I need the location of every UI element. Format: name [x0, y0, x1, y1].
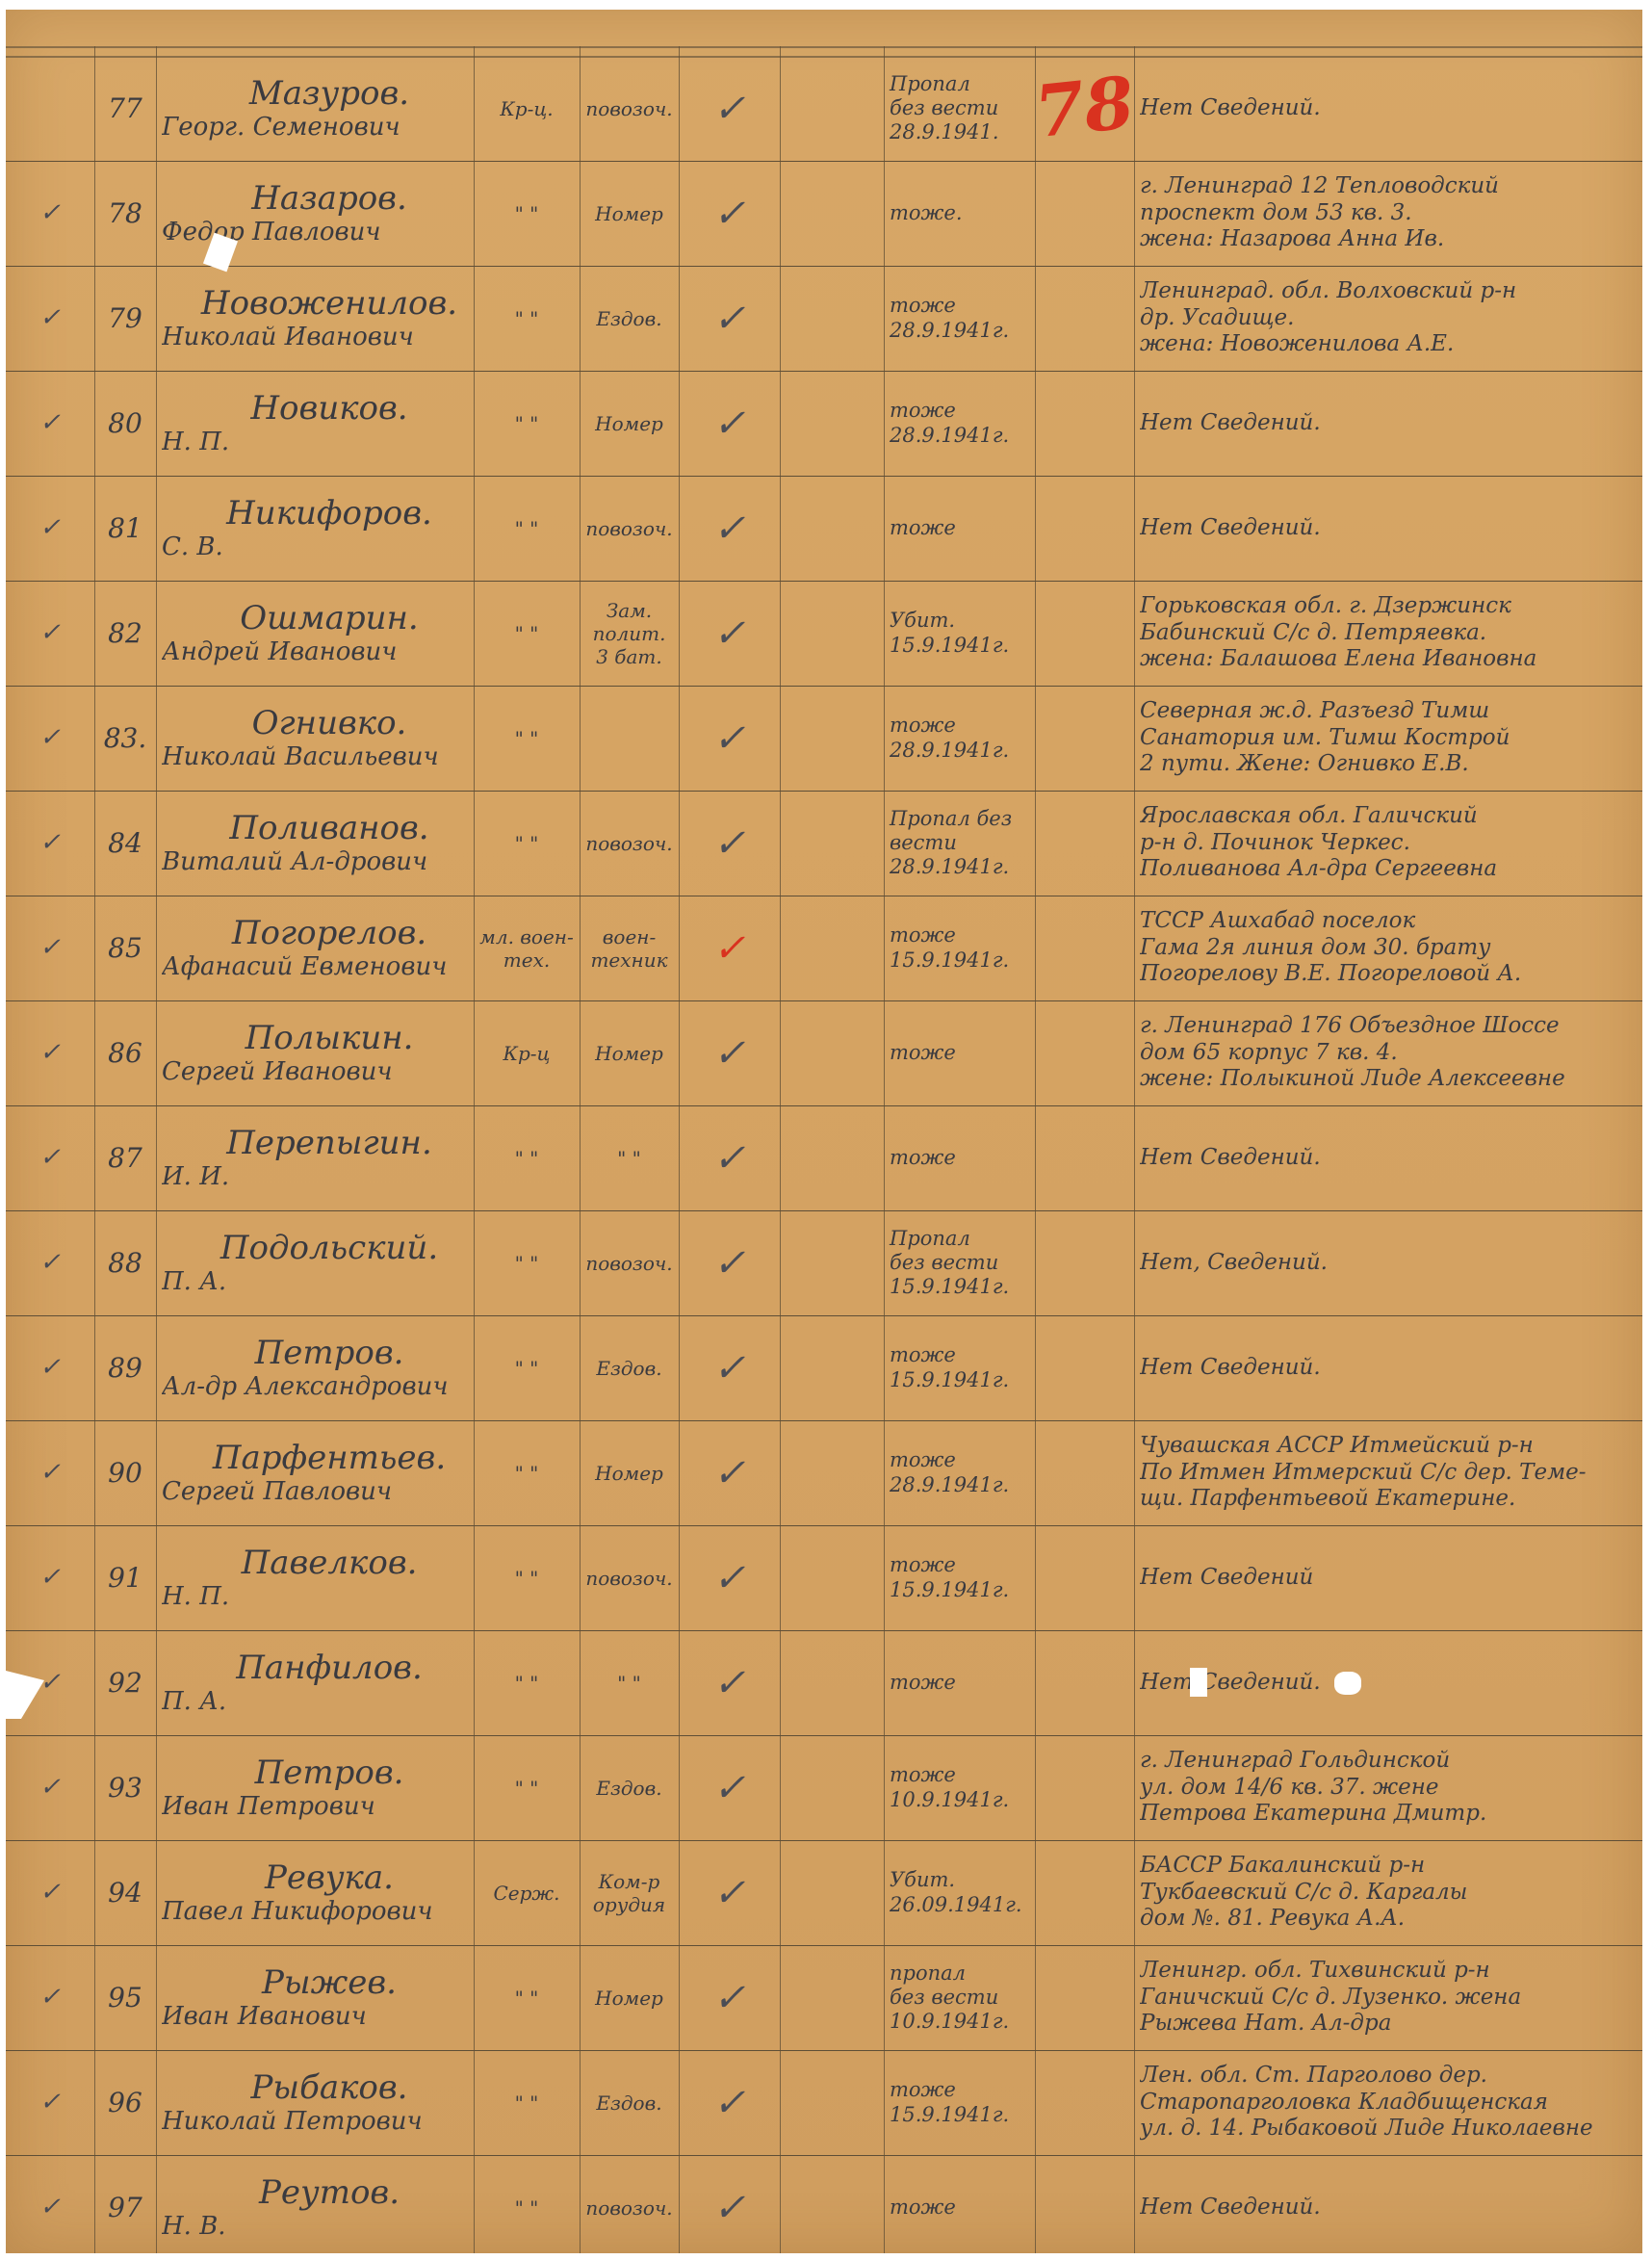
surname: Ревука. [162, 1858, 468, 1898]
address-line: Чувашская АССР Итмейский р-н [1140, 1433, 1637, 1460]
paper-tear [1334, 1672, 1361, 1695]
status-cell: тоже [884, 1630, 1035, 1735]
address-cell: Ленингр. обл. Тихвинский р-нГаничский С/… [1134, 1945, 1642, 2050]
margin-tick: ✓ [6, 1945, 94, 2050]
ledger-page: 77Мазуров.Георг. СеменовичКр-ц.повозоч.✓… [6, 10, 1642, 2253]
table-row: ✓86Полыкин.Сергей ИвановичКр-цНомер✓тоже… [6, 1000, 1642, 1106]
name-cell: Назаров.Федор Павлович [156, 161, 474, 266]
address-cell: Нет Сведений. [1134, 2155, 1642, 2260]
name-cell: Рыбаков.Николай Петрович [156, 2050, 474, 2155]
table-row: ✓85Погорелов.Афанасий Евменовичмл. воен-… [6, 896, 1642, 1001]
address-line: жене: Полыкиной Лиде Алексеевне [1140, 1066, 1637, 1093]
blank-cell [780, 2155, 884, 2260]
red-annotation-cell [1035, 896, 1134, 1000]
red-annotation-cell [1035, 266, 1134, 371]
margin-tick: ✓ [6, 266, 94, 371]
blank-cell [780, 791, 884, 896]
surname: Рыжев. [162, 1963, 468, 2003]
given-names: Ал-др Александрович [162, 1372, 468, 1402]
rank: Серж. [474, 1840, 580, 1945]
position: Ком-р орудия [580, 1840, 679, 1945]
address-line: дом №. 81. Ревука А.А. [1140, 1906, 1637, 1933]
table-row: ✓92Панфилов.П. А." "" "✓тожеНет Сведений… [6, 1630, 1642, 1736]
paper-tear [1190, 1668, 1207, 1697]
check-mark-icon: ✓ [679, 1945, 780, 2050]
status-line: без вести [890, 1986, 998, 2010]
status-cell: пропалбез вести10.9.1941г. [884, 1945, 1035, 2050]
red-annotation-cell: 78 [1035, 56, 1134, 161]
position: Ездов. [580, 266, 679, 371]
table-row: ✓88Подольский.П. А." "повозоч.✓Пропалбез… [6, 1210, 1642, 1316]
rank: " " [474, 371, 580, 476]
address-line: Санатория им. Тимш Кострой [1140, 725, 1637, 752]
status-cell: тоже15.9.1941г. [884, 2050, 1035, 2155]
address-line: По Итмен Итмерский С/с дер. Теме- [1140, 1460, 1637, 1487]
address-line: дом 65 корпус 7 кв. 4. [1140, 1040, 1637, 1067]
table-row: ✓97Реутов.Н. В." "повозоч.✓тожеНет Сведе… [6, 2155, 1642, 2260]
surname: Полыкин. [162, 1019, 468, 1058]
address-cell: ТССР Ашхабад поселокГама 2я линия дом 30… [1134, 896, 1642, 1000]
address-line: ул. дом 14/6 кв. 37. жене [1140, 1775, 1637, 1802]
row-number: 89 [94, 1315, 156, 1420]
blank-cell [780, 476, 884, 581]
row-number: 95 [94, 1945, 156, 2050]
address-line: Нет, Сведений. [1140, 1250, 1637, 1277]
status-line: 28.9.1941г. [890, 1473, 1009, 1497]
name-cell: Павелков.Н. П. [156, 1525, 474, 1630]
address-line: Погорелову В.Е. Погореловой А. [1140, 961, 1637, 988]
status-cell: Пропалбез вести28.9.1941. [884, 56, 1035, 161]
status-line: без вести [890, 1251, 998, 1275]
margin-tick: ✓ [6, 161, 94, 266]
red-annotation-cell [1035, 1945, 1134, 2050]
status-line: 10.9.1941г. [890, 1788, 1009, 1812]
address-line: Горьковская обл. г. Дзержинск [1140, 593, 1637, 620]
check-mark-icon: ✓ [679, 2050, 780, 2155]
position: Ездов. [580, 2050, 679, 2155]
red-annotation-cell [1035, 2050, 1134, 2155]
row-number: 77 [94, 56, 156, 161]
rank: " " [474, 791, 580, 896]
row-number: 83. [94, 686, 156, 791]
position: Ездов. [580, 1735, 679, 1840]
check-mark-icon: ✓ [679, 1630, 780, 1735]
position: " " [580, 1105, 679, 1210]
status-cell: тоже [884, 1105, 1035, 1210]
margin-tick: ✓ [6, 2155, 94, 2260]
status-line: тоже [890, 714, 956, 738]
address-line: Ленинград. обл. Волховский р-н [1140, 278, 1637, 305]
status-cell: тоже15.9.1941г. [884, 1315, 1035, 1420]
surname: Перепыгин. [162, 1124, 468, 1163]
red-annotation-cell [1035, 1840, 1134, 1945]
row-number: 96 [94, 2050, 156, 2155]
status-cell: тоже28.9.1941г. [884, 686, 1035, 791]
address-cell: Нет Сведений. [1134, 1315, 1642, 1420]
margin-tick: ✓ [6, 1000, 94, 1105]
rank: " " [474, 161, 580, 266]
address-line: г. Ленинград Гольдинской [1140, 1748, 1637, 1775]
name-cell: Полыкин.Сергей Иванович [156, 1000, 474, 1105]
given-names: Н. В. [162, 2212, 468, 2242]
surname: Ошмарин. [162, 599, 468, 638]
surname: Никифоров. [162, 494, 468, 533]
table-row: ✓91Павелков.Н. П." "повозоч.✓тоже15.9.19… [6, 1525, 1642, 1631]
name-cell: Погорелов.Афанасий Евменович [156, 896, 474, 1000]
given-names: Георг. Семенович [162, 113, 468, 143]
red-annotation-cell [1035, 581, 1134, 686]
status-line: 15.9.1941г. [890, 2103, 1009, 2127]
name-cell: Новоженилов.Николай Иванович [156, 266, 474, 371]
address-line: Петрова Екатерина Дмитр. [1140, 1801, 1637, 1828]
blank-cell [780, 266, 884, 371]
surname: Огнивко. [162, 704, 468, 743]
address-cell: Северная ж.д. Разъезд ТимшСанатория им. … [1134, 686, 1642, 791]
name-cell: Парфентьев.Сергей Павлович [156, 1420, 474, 1525]
surname: Рыбаков. [162, 2068, 468, 2108]
row-number: 79 [94, 266, 156, 371]
rank: " " [474, 581, 580, 686]
surname: Погорелов. [162, 914, 468, 953]
name-cell: Петров.Ал-др Александрович [156, 1315, 474, 1420]
status-line: тоже [890, 1553, 956, 1577]
status-line: тоже [890, 1041, 956, 1065]
margin-tick: ✓ [6, 1735, 94, 1840]
given-names: Николай Васильевич [162, 742, 468, 772]
status-line: Пропал [890, 1227, 970, 1251]
check-mark-icon: ✓ [679, 371, 780, 476]
status-line: тоже [890, 1343, 956, 1367]
blank-cell [780, 1945, 884, 2050]
red-annotation-cell [1035, 686, 1134, 791]
blank-cell [780, 896, 884, 1000]
address-line: 2 пути. Жене: Огнивко Е.В. [1140, 751, 1637, 778]
surname: Поливанов. [162, 809, 468, 848]
table-row: ✓96Рыбаков.Николай Петрович" "Ездов.✓тож… [6, 2050, 1642, 2156]
red-annotation-cell [1035, 1735, 1134, 1840]
address-line: проспект дом 53 кв. 3. [1140, 200, 1637, 227]
surname: Панфилов. [162, 1649, 468, 1688]
given-names: Павел Никифорович [162, 1897, 468, 1927]
blank-cell [780, 1105, 884, 1210]
margin-tick: ✓ [6, 371, 94, 476]
blank-cell [780, 1210, 884, 1315]
row-number: 93 [94, 1735, 156, 1840]
surname: Новоженилов. [162, 284, 468, 324]
margin-tick [6, 56, 94, 161]
address-line: Старопарголовка Кладбищенская [1140, 2090, 1637, 2117]
given-names: П. А. [162, 1267, 468, 1297]
address-line: Ленингр. обл. Тихвинский р-н [1140, 1958, 1637, 1985]
rank: " " [474, 1420, 580, 1525]
status-cell: Убит.26.09.1941г. [884, 1840, 1035, 1945]
given-names: И. И. [162, 1162, 468, 1192]
status-line: тоже [890, 1671, 956, 1695]
table-row: ✓95Рыжев.Иван Иванович" "Номер✓пропалбез… [6, 1945, 1642, 2051]
status-line: тоже [890, 923, 956, 948]
rank: " " [474, 1525, 580, 1630]
address-cell: Нет Сведений. [1134, 56, 1642, 161]
blank-cell [780, 1735, 884, 1840]
address-cell: БАССР Бакалинский р-нТукбаевский С/с д. … [1134, 1840, 1642, 1945]
status-line: 15.9.1941г. [890, 1275, 1009, 1299]
row-number: 85 [94, 896, 156, 1000]
blank-cell [780, 1000, 884, 1105]
address-line: жена: Новоженилова А.Е. [1140, 331, 1637, 358]
status-line: пропал [890, 1961, 966, 1986]
address-line: Нет Сведений. [1140, 410, 1637, 437]
check-mark-icon: ✓ [679, 686, 780, 791]
rank: " " [474, 2155, 580, 2260]
address-line: г. Ленинград 12 Тепловодский [1140, 173, 1637, 200]
row-number: 86 [94, 1000, 156, 1105]
address-cell: Ленинград. обл. Волховский р-ндр. Усадищ… [1134, 266, 1642, 371]
address-line: Поливанова Ал-дра Сергеевна [1140, 856, 1637, 883]
check-mark-icon: ✓ [679, 1000, 780, 1105]
rank: " " [474, 1735, 580, 1840]
rank: " " [474, 2050, 580, 2155]
check-mark-icon: ✓ [679, 476, 780, 581]
rank: " " [474, 686, 580, 791]
name-cell: Рыжев.Иван Иванович [156, 1945, 474, 2050]
status-line: 28.9.1941г. [890, 739, 1009, 763]
address-line: Нет Сведений. [1140, 515, 1637, 542]
surname: Павелков. [162, 1544, 468, 1583]
status-cell: тоже. [884, 161, 1035, 266]
address-line: Нет Сведений. [1140, 2195, 1637, 2221]
name-cell: Мазуров.Георг. Семенович [156, 56, 474, 161]
blank-cell [780, 1315, 884, 1420]
name-cell: Ошмарин.Андрей Иванович [156, 581, 474, 686]
given-names: Николай Петрович [162, 2107, 468, 2137]
status-line: 15.9.1941г. [890, 1368, 1009, 1392]
given-names: Федор Павлович [162, 218, 468, 247]
red-annotation-cell [1035, 1210, 1134, 1315]
address-line: жена: Назарова Анна Ив. [1140, 226, 1637, 253]
given-names: Виталий Ал-дрович [162, 847, 468, 877]
red-annotation-cell [1035, 2155, 1134, 2260]
table-row: ✓93Петров.Иван Петрович" "Ездов.✓тоже10.… [6, 1735, 1642, 1841]
margin-tick: ✓ [6, 1525, 94, 1630]
check-mark-icon: ✓ [679, 1735, 780, 1840]
rank: Кр-ц [474, 1000, 580, 1105]
address-line: Ярославская обл. Галичский [1140, 803, 1637, 830]
row-number: 80 [94, 371, 156, 476]
red-annotation-cell [1035, 476, 1134, 581]
address-cell: Нет Сведений. [1134, 1630, 1642, 1735]
address-line: жена: Балашова Елена Ивановна [1140, 646, 1637, 673]
address-cell: г. Ленинград 176 Объездное Шосседом 65 к… [1134, 1000, 1642, 1105]
red-annotation-cell [1035, 371, 1134, 476]
red-annotation-cell [1035, 1000, 1134, 1105]
check-mark-icon: ✓ [679, 1525, 780, 1630]
surname: Подольский. [162, 1229, 468, 1268]
status-line: 15.9.1941г. [890, 948, 1009, 973]
margin-tick: ✓ [6, 1420, 94, 1525]
status-line: тоже. [890, 201, 963, 225]
status-line: 15.9.1941г. [890, 1578, 1009, 1602]
check-mark-icon: ✓ [679, 896, 780, 1000]
row-number: 87 [94, 1105, 156, 1210]
check-mark-icon: ✓ [679, 56, 780, 161]
margin-tick: ✓ [6, 791, 94, 896]
given-names: Иван Петрович [162, 1792, 468, 1822]
rank: " " [474, 1630, 580, 1735]
address-line: Нет Сведений. [1140, 1355, 1637, 1382]
margin-tick: ✓ [6, 476, 94, 581]
red-annotation-cell [1035, 791, 1134, 896]
table-row: ✓82Ошмарин.Андрей Иванович" "Зам. полит.… [6, 581, 1642, 687]
status-cell: тоже [884, 2155, 1035, 2260]
check-mark-icon: ✓ [679, 1840, 780, 1945]
address-cell: Нет Сведений. [1134, 1105, 1642, 1210]
status-line: тоже [890, 516, 956, 540]
blank-cell [780, 161, 884, 266]
check-mark-icon: ✓ [679, 1210, 780, 1315]
position: повозоч. [580, 1210, 679, 1315]
name-cell: Подольский.П. А. [156, 1210, 474, 1315]
given-names: Николай Иванович [162, 323, 468, 352]
position: Номер [580, 161, 679, 266]
status-line: Убит. [890, 1868, 955, 1892]
address-cell: г. Ленинград Гольдинскойул. дом 14/6 кв.… [1134, 1735, 1642, 1840]
position: Ездов. [580, 1315, 679, 1420]
row-number: 82 [94, 581, 156, 686]
row-number: 81 [94, 476, 156, 581]
status-line: 26.09.1941г. [890, 1893, 1022, 1917]
status-line: без вести [890, 96, 998, 120]
rank: мл. воен-тех. [474, 896, 580, 1000]
address-cell: Горьковская обл. г. ДзержинскБабинский С… [1134, 581, 1642, 686]
rank: Кр-ц. [474, 56, 580, 161]
check-mark-icon: ✓ [679, 1420, 780, 1525]
blank-cell [780, 371, 884, 476]
check-mark-icon: ✓ [679, 791, 780, 896]
surname: Парфентьев. [162, 1439, 468, 1478]
blank-cell [780, 1420, 884, 1525]
position: " " [580, 1630, 679, 1735]
position [580, 686, 679, 791]
address-cell: Нет Сведений [1134, 1525, 1642, 1630]
surname: Петров. [162, 1753, 468, 1793]
margin-tick: ✓ [6, 1840, 94, 1945]
given-names: Афанасий Евменович [162, 952, 468, 982]
address-line: ТССР Ашхабад поселок [1140, 908, 1637, 935]
address-line: Лен. обл. Ст. Парголово дер. [1140, 2063, 1637, 2090]
status-line: тоже [890, 2078, 956, 2102]
status-cell: Убит.15.9.1941г. [884, 581, 1035, 686]
name-cell: Петров.Иван Петрович [156, 1735, 474, 1840]
status-cell: Пропал безвести28.9.1941г. [884, 791, 1035, 896]
surname: Назаров. [162, 179, 468, 219]
status-cell: тоже28.9.1941г. [884, 371, 1035, 476]
position: повозоч. [580, 56, 679, 161]
name-cell: Перепыгин.И. И. [156, 1105, 474, 1210]
blank-cell [780, 1840, 884, 1945]
given-names: Н. П. [162, 1582, 468, 1612]
address-cell: Чувашская АССР Итмейский р-нПо Итмен Итм… [1134, 1420, 1642, 1525]
status-cell: Пропалбез вести15.9.1941г. [884, 1210, 1035, 1315]
blank-cell [780, 581, 884, 686]
status-line: тоже [890, 294, 956, 318]
table-row: ✓89Петров.Ал-др Александрович" "Ездов.✓т… [6, 1315, 1642, 1421]
address-line: Нет Сведений. [1140, 95, 1637, 122]
address-cell: Ярославская обл. Галичскийр-н д. Починок… [1134, 791, 1642, 896]
red-annotation-cell [1035, 1315, 1134, 1420]
row-number: 94 [94, 1840, 156, 1945]
name-cell: Никифоров.С. В. [156, 476, 474, 581]
blank-cell [780, 2050, 884, 2155]
table-row: 77Мазуров.Георг. СеменовичКр-ц.повозоч.✓… [6, 56, 1642, 162]
address-line: Нет Сведений [1140, 1565, 1637, 1592]
address-cell: Нет, Сведений. [1134, 1210, 1642, 1315]
status-line: 15.9.1941г. [890, 634, 1009, 658]
name-cell: Огнивко.Николай Васильевич [156, 686, 474, 791]
blank-cell [780, 686, 884, 791]
table-row: ✓79Новоженилов.Николай Иванович" "Ездов.… [6, 266, 1642, 372]
red-annotation-cell [1035, 161, 1134, 266]
address-cell: Нет Сведений. [1134, 476, 1642, 581]
table-row: ✓81Никифоров.С. В." "повозоч.✓тожеНет Св… [6, 476, 1642, 582]
surname: Новиков. [162, 389, 468, 429]
status-line: тоже [890, 1763, 956, 1787]
status-cell: тоже10.9.1941г. [884, 1735, 1035, 1840]
name-cell: Ревука.Павел Никифорович [156, 1840, 474, 1945]
position: Номер [580, 1000, 679, 1105]
address-line: щи. Парфентьевой Екатерине. [1140, 1486, 1637, 1513]
check-mark-icon: ✓ [679, 266, 780, 371]
given-names: С. В. [162, 533, 468, 562]
rank: " " [474, 1105, 580, 1210]
given-names: Иван Иванович [162, 2002, 468, 2032]
position: Номер [580, 1945, 679, 2050]
name-cell: Реутов.Н. В. [156, 2155, 474, 2260]
row-number: 88 [94, 1210, 156, 1315]
table-row: ✓78Назаров.Федор Павлович" "Номер✓тоже.г… [6, 161, 1642, 267]
name-cell: Новиков.Н. П. [156, 371, 474, 476]
position: Номер [580, 371, 679, 476]
check-mark-icon: ✓ [679, 1105, 780, 1210]
blank-cell [780, 1630, 884, 1735]
address-line: Нет Сведений. [1140, 1670, 1637, 1697]
status-line: 10.9.1941г. [890, 2010, 1009, 2034]
name-cell: Панфилов.П. А. [156, 1630, 474, 1735]
address-line: Нет Сведений. [1140, 1145, 1637, 1172]
status-line: 28.9.1941г. [890, 424, 1009, 448]
given-names: Сергей Павлович [162, 1477, 468, 1507]
table-row: ✓83.Огнивко.Николай Васильевич" "✓тоже28… [6, 686, 1642, 792]
rank: " " [474, 476, 580, 581]
position: повозоч. [580, 1525, 679, 1630]
table-row: ✓80Новиков.Н. П." "Номер✓тоже28.9.1941г.… [6, 371, 1642, 477]
status-line: Пропал [890, 72, 970, 96]
status-line: тоже [890, 399, 956, 423]
table-row: ✓94Ревука.Павел НикифоровичСерж.Ком-р ор… [6, 1840, 1642, 1946]
position: повозоч. [580, 2155, 679, 2260]
position: воен-техник [580, 896, 679, 1000]
rank: " " [474, 1315, 580, 1420]
given-names: Сергей Иванович [162, 1057, 468, 1087]
address-line: БАССР Бакалинский р-н [1140, 1853, 1637, 1880]
table-row: ✓84Поливанов.Виталий Ал-дрович" "повозоч… [6, 791, 1642, 896]
surname: Реутов. [162, 2173, 468, 2213]
red-annotation-cell [1035, 1420, 1134, 1525]
row-number: 92 [94, 1630, 156, 1735]
address-line: др. Усадище. [1140, 305, 1637, 332]
status-cell: тоже [884, 1000, 1035, 1105]
surname: Петров. [162, 1334, 468, 1373]
check-mark-icon: ✓ [679, 1315, 780, 1420]
